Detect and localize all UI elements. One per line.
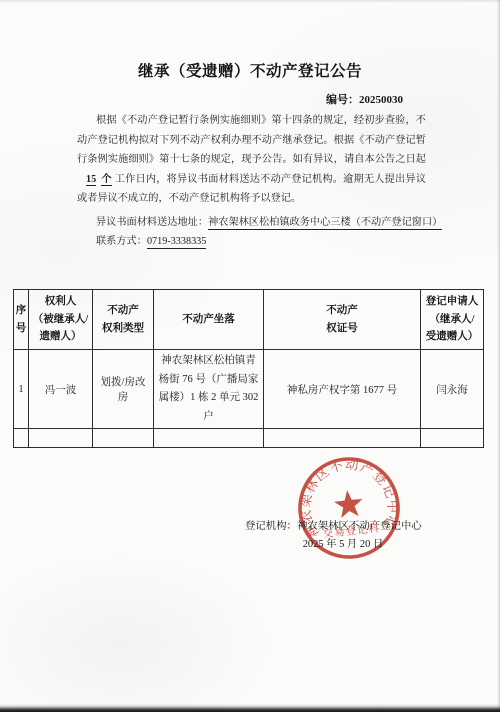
objection-days-unit: 个 <box>101 174 112 187</box>
seal-inner-text: 交易登记科 <box>322 521 381 540</box>
empty-cell <box>421 429 484 448</box>
contact-label: 联系方式： <box>96 236 147 247</box>
table-row: 1 冯一波 划拨/房改房 神农架林区松柏镇青杨街 76 号（广播局家属楼）1 栋… <box>14 350 484 429</box>
table-header-row: 序号 权利人 （被继承人/ 遗赠人） 不动产 权利类型 不动产坐落 不动产 权证… <box>14 290 484 350</box>
doc-number: 编号：20250030 <box>326 91 403 107</box>
empty-cell <box>14 429 29 448</box>
col-header-cert-no: 不动产 权证号 <box>264 290 421 350</box>
official-seal: 神农架林区不动产登记中心 交易登记科 <box>291 450 407 566</box>
col-header-seq: 序号 <box>14 290 29 350</box>
table-row-empty <box>14 429 484 448</box>
para1-text-start: 根据《不动产登记暂行条例实施细则》第十四条的规定，经初步查验，不动产登记机构拟对… <box>77 115 426 165</box>
empty-cell <box>154 429 264 448</box>
seal-star-icon <box>333 489 364 519</box>
registration-table: 序号 权利人 （被继承人/ 遗赠人） 不动产 权利类型 不动产坐落 不动产 权证… <box>13 289 484 448</box>
scan-top-edge <box>0 0 500 3</box>
doc-number-label: 编号： <box>326 94 359 106</box>
cell-right-type: 划拨/房改房 <box>93 350 154 429</box>
para1-text-rest: 工作日内，将异议书面材料送达不动产登记机构。逾期无人提出异议或者异议不成立的，不… <box>77 174 426 205</box>
empty-cell <box>93 429 154 448</box>
col-header-applicant: 登记申请人 （继承人/ 受遗赠人） <box>421 290 484 350</box>
address-label: 异议书面材料送达地址： <box>96 217 208 228</box>
empty-cell <box>264 429 421 448</box>
contact-phone: 0719-3338335 <box>147 236 206 249</box>
org-label: 登记机构： <box>245 521 297 532</box>
cell-seq: 1 <box>14 350 29 429</box>
cell-applicant: 闫永海 <box>421 350 484 429</box>
notice-body-paragraph: 根据《不动产登记暂行条例实施细则》第十四条的规定，经初步查验，不动产登记机构拟对… <box>77 111 426 209</box>
scan-bottom-edge <box>0 704 500 712</box>
col-header-right-type: 不动产 权利类型 <box>93 290 154 350</box>
empty-cell <box>29 429 93 448</box>
address-value: 神农架林区松柏镇政务中心三楼（不动产登记窗口） <box>208 217 442 230</box>
cell-holder: 冯一波 <box>29 350 93 429</box>
page-title: 继承（受遗赠）不动产登记公告 <box>0 59 500 81</box>
cell-cert-no: 神私房产权字第 1677 号 <box>264 350 421 429</box>
objection-period: 15个 <box>77 174 115 186</box>
objection-days-value: 15 <box>86 174 96 187</box>
col-header-holder: 权利人 （被继承人/ 遗赠人） <box>29 290 93 350</box>
contact-line: 联系方式：0719-3338335 <box>77 232 206 252</box>
col-header-location: 不动产坐落 <box>154 290 264 350</box>
doc-number-value: 20250030 <box>359 94 403 106</box>
document-page: 继承（受遗赠）不动产登记公告 编号：20250030 根据《不动产登记暂行条例实… <box>0 0 500 712</box>
objection-address-line: 异议书面材料送达地址：神农架林区松柏镇政务中心三楼（不动产登记窗口） <box>77 213 442 233</box>
cell-location: 神农架林区松柏镇青杨街 76 号（广播局家属楼）1 栋 2 单元 302 户 <box>154 350 264 429</box>
